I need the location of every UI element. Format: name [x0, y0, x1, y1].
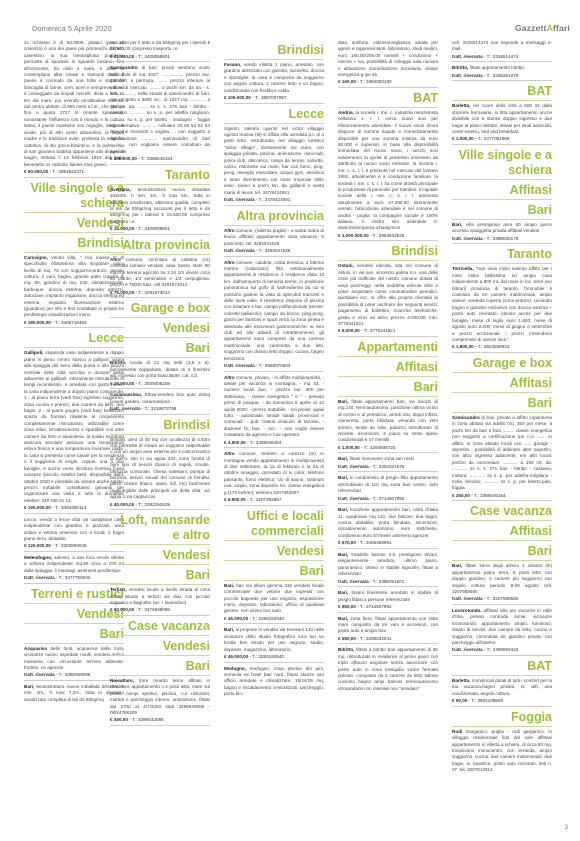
classified-ad: Sannicandro di bari, privato e affitto c… [452, 415, 552, 492]
ad-phone: T.: 3939406208 [138, 381, 170, 386]
ad-price: tratt. riservata [224, 248, 255, 253]
ad-price: tratt. riservata [24, 575, 55, 580]
ad-text: tensostruttura nuova imballata 20x40m. h… [24, 684, 124, 702]
ad-phone: T.: 3714507992 [360, 604, 392, 609]
ad-phone: T.: 3385051501 [373, 579, 405, 584]
ad-phone: T.: 3386546154 [141, 156, 173, 161]
ad-price: tratt. riservata [452, 54, 483, 59]
ad-phone: T.: 3293041536 [259, 248, 291, 253]
ad-text: vendo villa: " rica massa 1" di specchio… [24, 255, 124, 318]
section-heading: Bari [110, 568, 210, 585]
section-heading: Vendesi [224, 544, 324, 561]
ad-price-line: € 200,00 - T.: 3386546164 [452, 493, 552, 502]
ad-price: € 400.000,00 [110, 156, 137, 161]
ad-text: comune, (salento puglia) - a santa maria… [224, 228, 324, 246]
ad-price-line: € 120.000,00 - T.: 3203963045 [24, 543, 124, 552]
ad-price-line: € 190.000,00 - T.: 3406718483 [24, 320, 124, 329]
section-heading: Taranto [110, 168, 210, 185]
ad-location: Ostuni, [338, 263, 354, 268]
ad-price-line: € 950,00 - T.: 3714507992 [338, 604, 438, 613]
ad-phone: T.: 3968070503 [259, 363, 291, 368]
ad-price-line: € 1.000,00 - T.: 3294936720 [338, 445, 438, 454]
ad-price-line: tratt. riservata - T.: 3293041536 [224, 248, 324, 257]
ad-price: € 1.000,00 [338, 445, 360, 450]
ad-price-line: € 60.000,00 - T.: 3476838088 [110, 607, 210, 616]
classified-ad: Carovigno, vendo villa: " rica massa 1" … [24, 255, 124, 319]
section-heading: BAT [338, 91, 438, 108]
ad-location: Andria, [338, 110, 354, 115]
column-4: data, antifurto, videosorveglianza, adat… [338, 40, 438, 830]
ad-phone: T.: 3294936720 [364, 445, 396, 450]
ad-location: Bari, [338, 399, 348, 404]
ad-price-line: tratt. riservata - T.: 3319873799 [110, 406, 210, 415]
column-3: BrindisiFasano, vendo villetta 1 piano, … [224, 40, 324, 830]
ad-price-line: € 15.500,00 - T.: 3408098601 [110, 226, 210, 235]
ad-price: tratt. riservata [452, 647, 483, 652]
ad-price: tratt. riservata [24, 672, 55, 677]
classified-ad: Barletta, nel cuore della città a 500 mt… [452, 103, 552, 135]
classified-ad: Torricella, "mar ionio inizio salento af… [452, 266, 552, 343]
section-heading: Brindisi [24, 236, 124, 253]
ad-price-line: € 75.000,00 - T.: 3291873014 [110, 290, 210, 299]
column-5: cell. 3318514474 non risponde a messaggi… [452, 40, 552, 830]
ad-location: Bari, [338, 475, 348, 480]
ad-location: Acquaviva [24, 646, 47, 651]
ad-price: tratt. riservata [110, 406, 141, 411]
section-heading: Vendesi [110, 639, 210, 656]
ad-text: zo richiesto è di 50.000€. plataci (prov… [24, 40, 124, 167]
ad-price-line: tratt. riservata - T.: 3478424691 [224, 197, 324, 206]
ad-text: comune, cerchiara di calabria (cs) contr… [110, 257, 210, 288]
section-heading: Bari [452, 544, 552, 561]
ad-text: zona fiera, fittasi appartamento con vis… [338, 616, 438, 634]
classified-ad: Altro comune, (salento puglia) - a santa… [224, 228, 324, 247]
classified-ad: Fasano, vendo villetta 1 piano, arredato… [224, 62, 324, 94]
classified-ad: Brindisi, area di 45 mq con un'altezza d… [110, 437, 210, 501]
ad-phone: T.: 3408098601 [138, 54, 170, 59]
ad-phone: T.: 3318514474 [487, 54, 519, 59]
ad-location: Bitritto, [338, 647, 354, 652]
ad-text: cell. 3318514474 non risponde a messaggi… [452, 40, 552, 51]
ad-price: € 60.000,00 [24, 169, 48, 174]
ad-text: data, antifurto, videosorveglianza, adat… [338, 40, 438, 77]
classified-ad: Bari, zona fiera, fittasi appartamento c… [338, 616, 438, 635]
ad-location: Avetrana, [110, 187, 131, 192]
classified-ad: Ugento, salento ugento nel victor villag… [224, 126, 324, 196]
ad-text: fittasi appartamento bari, via buozzi di… [338, 399, 438, 442]
ad-price-line: € 1.000,00 - T.: 3477061909 [452, 136, 552, 145]
section-heading: BAT [452, 84, 552, 101]
ad-text: fittasi appartamento bitritto [468, 65, 523, 70]
classified-ad: Bitritto, locale di 21 mq netti (3,5 x 6… [110, 360, 210, 379]
ad-phone: T.: 3291873014 [138, 290, 170, 295]
ad-price-line: tratt. riservata - T.: 3408682424 [452, 647, 552, 656]
ad-phone: T.: 3476838088 [138, 607, 170, 612]
section-heading: Brindisi [224, 43, 324, 60]
ad-text: Ugento, salento ugento nel victor villag… [224, 126, 324, 195]
ad-price-line: tratt. riservata - T.: 3398030179 [452, 236, 552, 245]
classified-ad: Sannicandro di bari, privati vendono suo… [110, 65, 210, 155]
ad-location: Terlizzi, [110, 587, 127, 592]
classified-ad: Altro comune, calabria, costa tirrenica,… [224, 260, 324, 363]
section-heading: Loft, mansarde e altro [110, 513, 210, 545]
ad-phone: T.: 3494306114 [55, 505, 86, 510]
ad-price: tratt. riservata [338, 496, 369, 501]
section-heading: Affitasi [338, 360, 438, 377]
ad-price-line: € 1.800,00 - T.: 3923839934 [452, 344, 552, 353]
ad-phone: T.: 3203963045 [55, 543, 87, 548]
ad-text: in condominio di pregio fitto appartamen… [338, 475, 438, 493]
ad-price: tratt. riservata [224, 197, 255, 202]
classified-ad: oscuranti per il tetto e da 650g/mq per … [110, 40, 210, 53]
section-heading: Bari [24, 627, 124, 644]
ad-phone: T.: 3398030179 [487, 236, 519, 241]
ad-text: oscuranti per il tetto e da 650g/mq per … [110, 40, 210, 51]
classified-ad: Noicattaro, torre rinardo lesce affitasi… [110, 678, 210, 716]
ad-text: "mar ionio inizio salento affitto per i … [452, 266, 552, 341]
ad-phone: T.: 3382021675 [373, 464, 405, 469]
classified-ad: Andria, la società i. me. c. industria m… [338, 110, 438, 232]
ad-price-line: tratt. riservata - T.: 3380059096 [24, 672, 124, 681]
ad-price: € 6.800,00 [224, 497, 246, 502]
ad-location: Altro [224, 260, 235, 265]
ad-text: Lecce, vendo a lecce città via castiglio… [24, 517, 124, 541]
ad-price: € 4.800,00 [224, 440, 246, 445]
section-heading: Appartamenti [338, 340, 438, 357]
ad-text: comune, calabria, costa tirrenica, a fab… [224, 260, 324, 361]
ad-text: stradello barone n.8, prestigioso trivan… [338, 552, 438, 576]
classified-ad: Altro comune, privato, - in affitto mult… [224, 375, 324, 439]
classified-ad: data, antifurto, videosorveglianza, adat… [338, 40, 438, 78]
ad-price-line: tratt. riservata - T.: 3318514474 [452, 54, 552, 63]
classified-ad: Casamassima, Ettusi-vendesi box auto 25m… [110, 392, 210, 405]
classified-ad: Terlizzi, vendesi locale a livello strad… [110, 587, 210, 606]
logo-text: Gazzett [515, 23, 547, 33]
section-heading: Affitasi [452, 183, 552, 200]
ad-location: Bari, [24, 684, 34, 689]
ad-phone: T.: 3408682424 [487, 647, 519, 652]
ad-text: affittasi villa per vacanze in valle d'i… [452, 608, 552, 645]
section-heading: Case vacanza [452, 504, 552, 521]
ad-location: Noicattaro, [110, 678, 134, 683]
section-heading: Ville singole e a schiera [452, 148, 552, 180]
ad-phone: T.: 3280192940 [252, 654, 284, 659]
ad-text: torre rinardo lesce affitasi in residenc… [110, 678, 210, 715]
ad-price-line: tratt. riservata - T.: 3968070503 [224, 363, 324, 372]
classified-ad: Altro comune, trentino a corezzo (tn) in… [224, 451, 324, 496]
ad-price: € 40.000,00 [110, 502, 134, 507]
ad-price-line: € 400.000,00 - T.: 3386546154 [110, 156, 210, 165]
ad-price-line: € 46.000,00 - T.: 3280192940 [224, 616, 324, 625]
ad-text: comune, trentino a corezzo (tn) in monta… [224, 451, 324, 494]
ad-phone: T.: 3477061909 [478, 136, 510, 141]
ad-price-line: tratt. riservata - T.: 3477750532 [24, 575, 124, 584]
ad-location: Bari, [338, 507, 348, 512]
ad-price: tratt. riservata [452, 73, 483, 78]
ad-text: bari via alberi gemma 315 vendesi locale… [224, 583, 324, 614]
section-heading: Bari [224, 564, 324, 581]
ad-phone: T.: 3982632525 [373, 233, 405, 238]
section-heading: Bari [338, 380, 438, 397]
ad-price: € 190.000,00 [24, 320, 51, 325]
ad-text: la società i. me. c. industria menzionat… [338, 110, 438, 230]
ad-price-line: € 40.000,00 - T.: 3292192529 [110, 502, 210, 511]
section-heading: Bari [452, 203, 552, 220]
ad-location: Casamassima, [110, 392, 142, 397]
ad-price: € 46.000,00 [224, 654, 248, 659]
classified-ad: Altro comune, cerchiara di calabria (cs)… [110, 257, 210, 289]
ad-price-line: € 450,00 - T.: 3296632086 [110, 717, 210, 726]
section-heading: Brindisi [338, 244, 438, 261]
section-heading: Vendesi [110, 321, 210, 338]
ad-location: Barletta, [452, 103, 470, 108]
ad-price: tratt. riservata [338, 464, 369, 469]
ad-location: Altro [224, 375, 235, 380]
ad-price-line: € 46.000,00 - T.: 3280192940 [224, 654, 324, 663]
ad-price-line: € 106.000,00 - T.: 3887007067 [224, 95, 324, 104]
logo-text: ffari [553, 23, 570, 33]
classified-ad: Bari, fittasi serra degli alimini 1 otra… [452, 563, 552, 595]
ad-location: Altro [110, 257, 121, 262]
ad-price: € 15.500,00 [110, 226, 134, 231]
ad-phone: T.: 3292192529 [138, 502, 170, 507]
ad-phone: T.: 3358646464 [250, 440, 282, 445]
ad-price-line: tratt. riservata - T.: 3385051501 [338, 579, 438, 588]
section-heading: Lecce [24, 331, 124, 348]
ad-location: Fasano, [224, 62, 241, 67]
classified-ad: Bitritto, fittasi a bitritto bari appart… [338, 647, 438, 692]
classified-ad: cell. 3318514474 non risponde a messaggi… [452, 40, 552, 53]
ad-location: Carovigno, [24, 255, 48, 260]
section-heading: BAT [452, 659, 552, 676]
classified-ad: Melendugno, salento, a san foca vendo vi… [24, 555, 124, 574]
ad-price: € 50,00 [452, 698, 467, 703]
section-heading: Affitasi [452, 524, 552, 541]
ad-location: Melendugno, [24, 555, 52, 560]
ad-text: villa prestigiosa anni 60 ampio parco ac… [452, 222, 552, 233]
classified-ad: Gallipoli, stupenda casa indipendente a … [24, 350, 124, 504]
ad-text: fittasi monovano zona san rossi [348, 456, 414, 461]
ad-phone: T.: 3802109606 [471, 698, 503, 703]
ad-phone: T.: 3280632041 [360, 636, 392, 641]
section-heading: Altra provincia [224, 209, 324, 226]
page-header: Domenica 5 Aprile 2020 GazzettAffari [10, 24, 570, 36]
section-heading: Taranto [452, 247, 552, 264]
ad-price: € 120.000,00 [24, 543, 51, 548]
ad-phone: T.: 3887007067 [255, 95, 287, 100]
ad-price-line: tratt. riservata - T.: 3382021675 [338, 464, 438, 473]
ad-price: € 450,00 [110, 717, 128, 722]
classified-ad: Acquaviva delle fonti, acquaviva delle f… [24, 646, 124, 672]
ad-price-line: € 50,00 - T.: 3802109606 [452, 698, 552, 707]
section-heading: Garage e box [110, 301, 210, 318]
ad-price-line: tratt. riservata - T.: 3336261079 [452, 73, 552, 82]
column-2: oscuranti per il tetto e da 650g/mq per … [110, 40, 210, 830]
ad-text: Garganico, puglia - rodi garganico. in v… [452, 729, 552, 772]
ad-location: Bari, [338, 456, 348, 461]
ad-price: € 6.000,00 [338, 328, 360, 333]
ad-location: Bari, [338, 590, 348, 595]
ad-location: Sannicandro [452, 415, 480, 420]
ad-text: di bari, privato e affitto capannone in … [452, 415, 552, 490]
classified-ad: Bari, tensostruttura nuova imballata 20x… [24, 684, 124, 703]
ad-location: Bitritto, [110, 360, 126, 365]
section-heading: Garage e box [452, 356, 552, 373]
section-heading: Lecce [224, 107, 324, 124]
ad-price: € 160,00 [338, 79, 356, 84]
ad-phone: T.: 3336261079 [487, 73, 519, 78]
ad-location: Torricella, [452, 266, 474, 271]
ad-location: Bitritto, [452, 65, 468, 70]
classified-ad: Avetrana, tensostruttura nuova imballata… [110, 187, 210, 225]
ad-text: fittasi a bitritto bari appartamento di … [338, 647, 438, 690]
ad-text: fittasi serra degli alimini 1 otranto (l… [452, 563, 552, 594]
section-heading: Vendesi [24, 216, 124, 233]
ad-location: Altro [224, 451, 235, 456]
ad-phone: T.: 3296632086 [132, 717, 164, 722]
ad-price-line: € 15.000,00 - T.: 3939406208 [110, 381, 210, 390]
section-heading: Altra provincia [110, 238, 210, 255]
ad-location: Bari, [452, 563, 462, 568]
ad-price: tratt. riservata [224, 363, 255, 368]
ad-price-line: € 1.000.000,00 - T.: 3982632525 [338, 233, 438, 242]
column-1: zo richiesto è di 50.000€. plataci (prov… [24, 40, 124, 830]
ad-location: Barletta, [452, 678, 470, 683]
masthead-logo: GazzettAffari [515, 23, 570, 33]
ad-price: € 15.000,00 [110, 381, 134, 386]
ad-phone: T.: 3207588560 [487, 596, 519, 601]
classified-ad: Barletta, monolocali dotati di tutti i c… [452, 678, 552, 697]
classified-ad: Lecce, vendo a lecce città via castiglio… [24, 517, 124, 543]
ad-phone: T.: 3891822371 [52, 169, 84, 174]
ad-price: € 106.000,00 [224, 95, 251, 100]
ad-location: Gallipoli, [24, 350, 43, 355]
ad-location: Bari, [452, 222, 462, 227]
ad-phone: T.: 3207392657 [250, 497, 282, 502]
ad-phone: T.: 3406718483 [55, 320, 87, 325]
ad-location: Bari, [338, 616, 348, 621]
ad-text: Brindisi, area di 45 mq con un'altezza d… [110, 437, 210, 500]
ad-phone: T.: 3923839934 [478, 344, 510, 349]
issue-date: Domenica 5 Aprile 2020 [32, 24, 112, 33]
ad-price-line: tratt. riservata - T.: 3207588560 [452, 596, 552, 605]
section-heading: Case vacanza [110, 619, 210, 636]
ad-price-line: € 4.800,00 - T.: 3358646464 [224, 440, 324, 449]
ad-location: Bari, [224, 583, 234, 588]
ad-phone: T.: 3319873799 [145, 406, 177, 411]
section-heading: Brindisi [110, 418, 210, 435]
ad-phone: T.: 3386546164 [474, 493, 506, 498]
ad-phone: T.: 3280192940 [252, 616, 284, 621]
ad-price: € 670,00 [338, 540, 356, 545]
ad-price-line: € 670,00 - T.: 3466498991 [338, 540, 438, 549]
classified-ad: Locorotondo, affittasi villa per vacanze… [452, 608, 552, 646]
classified-ad: Bari, bari via alberi gemma 315 vendesi … [224, 583, 324, 615]
classified-ad: Bari, trivani finemente arredato in stab… [338, 590, 438, 603]
ad-phone: T.: 3714507992 [373, 496, 405, 501]
section-heading: Vendesi [110, 548, 210, 565]
section-heading: Bari [452, 396, 552, 413]
ad-phone: T.: 3380059096 [59, 672, 91, 677]
ad-price: tratt. riservata [452, 596, 483, 601]
ad-location: Locorotondo, [452, 608, 482, 613]
section-heading: Terreni e rustici [24, 587, 124, 604]
ad-price-line: € 160,00 - T.: 3384002180 [338, 79, 438, 88]
ad-text: stupenda casa indipendente a doppio pian… [24, 350, 124, 502]
section-heading: Bari [110, 659, 210, 676]
ad-price-line: tratt. riservata - T.: 3714507992 [338, 496, 438, 505]
classified-ad: Modugno, modugno, zona piscine dei pini,… [224, 666, 324, 698]
ad-phone: T.: 3384002180 [360, 79, 392, 84]
classified-ad: Bari, fittasi monovano zona san rossi [338, 456, 438, 462]
ad-phone: T.: 3466498991 [360, 540, 392, 545]
ad-phone: T.: 3477750532 [59, 575, 91, 580]
ad-location: Rodi [452, 729, 462, 734]
classified-ad: Bitritto, fittasi appartamento bitritto [452, 65, 552, 71]
classified-ad: Bari, fittasi appartamento bari, via buo… [338, 399, 438, 444]
section-heading: Affitasi [452, 376, 552, 393]
ad-price: € 200,00 [452, 493, 470, 498]
ad-price-line: € 190.000,00 - T.: 3494306114 [24, 505, 124, 514]
ad-price: € 41.840,00 [110, 54, 134, 59]
ad-location: Altro [224, 228, 235, 233]
section-heading: Vendesi [24, 607, 124, 624]
classified-ad: Bari, villa prestigiosa anni 60 ampio pa… [452, 222, 552, 235]
ad-location: Bari, [338, 552, 348, 557]
ad-price: € 1.000.000,00 [338, 233, 369, 238]
ad-price: € 1.800,00 [452, 344, 474, 349]
ad-phone: T.: 3408098601 [138, 226, 170, 231]
section-heading: Bari [110, 341, 210, 358]
ad-location: Sannicandro [110, 65, 138, 70]
classifieds-columns: zo richiesto è di 50.000€. plataci (prov… [30, 40, 560, 830]
ad-price-line: € 550,00 - T.: 3280632041 [338, 636, 438, 645]
ad-price-line: € 41.840,00 - T.: 3408098601 [110, 54, 210, 63]
ad-text: locazione appartamento bari, unità d'ita… [338, 507, 438, 538]
ad-text: tensostruttura nuova imballata 10x20m. h… [110, 187, 210, 224]
ad-price: € 60.000,00 [110, 607, 134, 612]
ad-text: comune, privato, - in affitto multipropr… [224, 375, 324, 438]
ad-phone: T.: 3776341821 [364, 328, 396, 333]
ad-price-line: € 6.000,00 - T.: 3776341821 [338, 328, 438, 337]
ad-text: di bari, privati vendono suolo edificabi… [110, 65, 210, 153]
section-heading: Ville singole e a schiera [24, 181, 124, 213]
ad-price: tratt. riservata [338, 579, 369, 584]
ad-price: € 950,00 [338, 604, 356, 609]
ad-text: trivani finemente arredato in stabile di… [338, 590, 438, 601]
section-heading: Uffici e locali commerciali [224, 509, 324, 541]
ad-text: vendesi edicola, sita nel comune di ostu… [338, 263, 438, 326]
ad-price: € 550,00 [338, 636, 356, 641]
classified-ad: Bari, si propone in vendita via trevisan… [224, 627, 324, 653]
ad-price-line: € 6.800,00 - T.: 3207392657 [224, 497, 324, 506]
page-number: 3 [565, 825, 568, 831]
classified-ad: Bari, in condominio di pregio fitto appa… [338, 475, 438, 494]
ad-price-line: € 60.000,00 - T.: 3891822371 [24, 169, 124, 178]
classified-ad: Rodi Garganico, puglia - rodi garganico.… [452, 729, 552, 774]
ad-price: € 1.000,00 [452, 136, 474, 141]
classified-ad: Bari, stradello barone n.8, prestigioso … [338, 552, 438, 578]
section-heading: Foggia [452, 710, 552, 727]
ad-price: tratt. riservata [452, 236, 483, 241]
ad-location: Bari, [224, 627, 234, 632]
ad-price: € 75.000,00 [110, 290, 134, 295]
classified-ad: Ostuni, vendesi edicola, sita nel comune… [338, 263, 438, 327]
ad-text: si propone in vendita via trevisani 133 … [224, 627, 324, 651]
ad-location: Modugno, [224, 666, 246, 671]
classified-ad: Bari, locazione appartamento bari, unità… [338, 507, 438, 539]
ad-price: € 46.000,00 [224, 616, 248, 621]
